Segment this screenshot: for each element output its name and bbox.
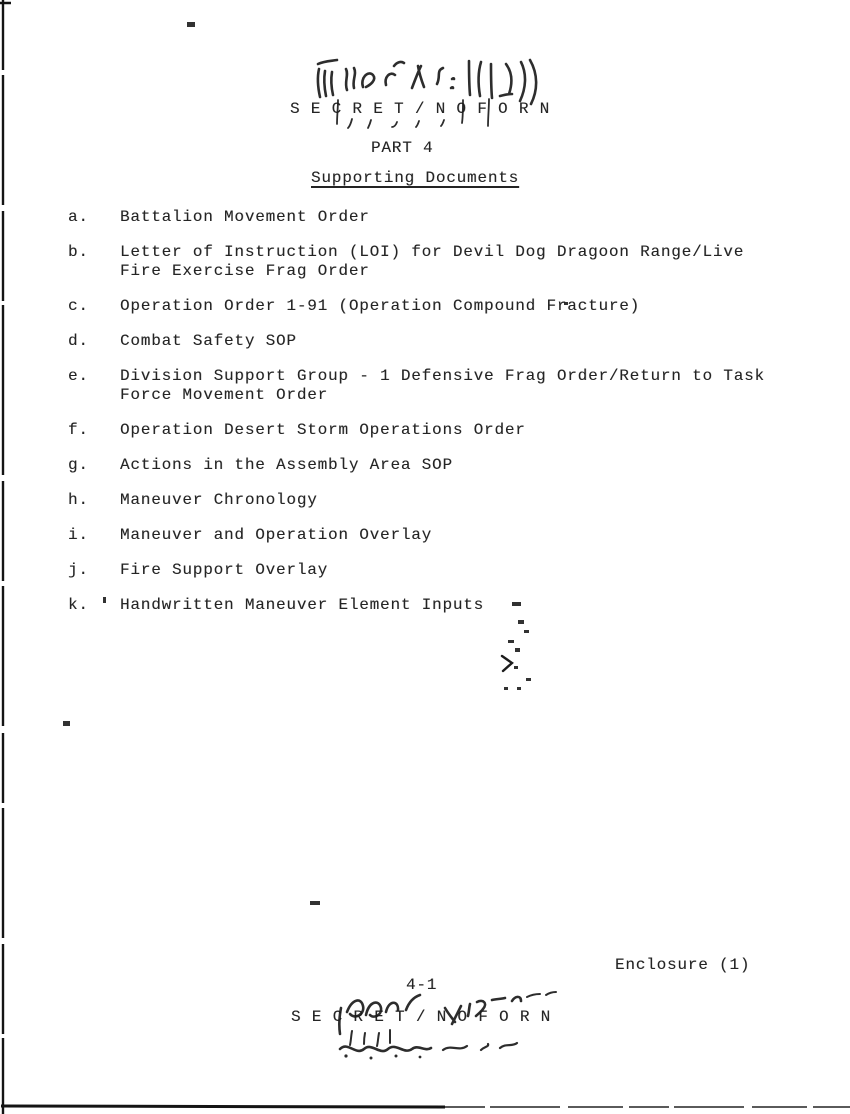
- item-text: Combat Safety SOP: [120, 332, 792, 351]
- item-label: h.: [68, 491, 120, 510]
- enclosure-label: Enclosure (1): [615, 956, 750, 975]
- item-label: e.: [68, 367, 120, 405]
- document-page: S E C R E T / N O F O R N PART 4 Support…: [0, 0, 850, 1114]
- item-text: Operation Order 1-91 (Operation Compound…: [120, 297, 792, 316]
- list-item: d. Combat Safety SOP: [0, 332, 850, 351]
- item-text: Handwritten Maneuver Element Inputs: [120, 596, 792, 615]
- item-text: Maneuver and Operation Overlay: [120, 526, 792, 545]
- list-item: e. Division Support Group - 1 Defensive …: [0, 367, 850, 405]
- part-title: PART 4: [371, 139, 433, 158]
- list-item: f. Operation Desert Storm Operations Ord…: [0, 421, 850, 440]
- supporting-documents-list: a. Battalion Movement Order b. Letter of…: [0, 208, 850, 631]
- page-number: 4-1: [406, 976, 437, 995]
- item-label: d.: [68, 332, 120, 351]
- list-item: j. Fire Support Overlay: [0, 561, 850, 580]
- list-item: c. Operation Order 1-91 (Operation Compo…: [0, 297, 850, 316]
- item-label: a.: [68, 208, 120, 227]
- list-item: k. Handwritten Maneuver Element Inputs: [0, 596, 850, 615]
- list-item: b. Letter of Instruction (LOI) for Devil…: [0, 243, 850, 281]
- item-text: Maneuver Chronology: [120, 491, 792, 510]
- item-label: k.: [68, 596, 120, 615]
- item-text: Actions in the Assembly Area SOP: [120, 456, 792, 475]
- item-text: Letter of Instruction (LOI) for Devil Do…: [120, 243, 792, 281]
- item-text: Division Support Group - 1 Defensive Fra…: [120, 367, 792, 405]
- item-label: f.: [68, 421, 120, 440]
- item-text: Fire Support Overlay: [120, 561, 792, 580]
- item-label: b.: [68, 243, 120, 281]
- list-item: g. Actions in the Assembly Area SOP: [0, 456, 850, 475]
- list-item: a. Battalion Movement Order: [0, 208, 850, 227]
- item-text: Battalion Movement Order: [120, 208, 792, 227]
- item-label: c.: [68, 297, 120, 316]
- list-item: i. Maneuver and Operation Overlay: [0, 526, 850, 545]
- classification-stamp-bottom: S E C R E T / N O F O R N: [291, 1008, 551, 1027]
- item-label: g.: [68, 456, 120, 475]
- item-label: j.: [68, 561, 120, 580]
- pen-arrow-mark: [502, 656, 512, 671]
- item-label: i.: [68, 526, 120, 545]
- classification-stamp-top: S E C R E T / N O F O R N: [290, 100, 550, 119]
- item-text: Operation Desert Storm Operations Order: [120, 421, 792, 440]
- section-title: Supporting Documents: [311, 169, 519, 188]
- list-item: h. Maneuver Chronology: [0, 491, 850, 510]
